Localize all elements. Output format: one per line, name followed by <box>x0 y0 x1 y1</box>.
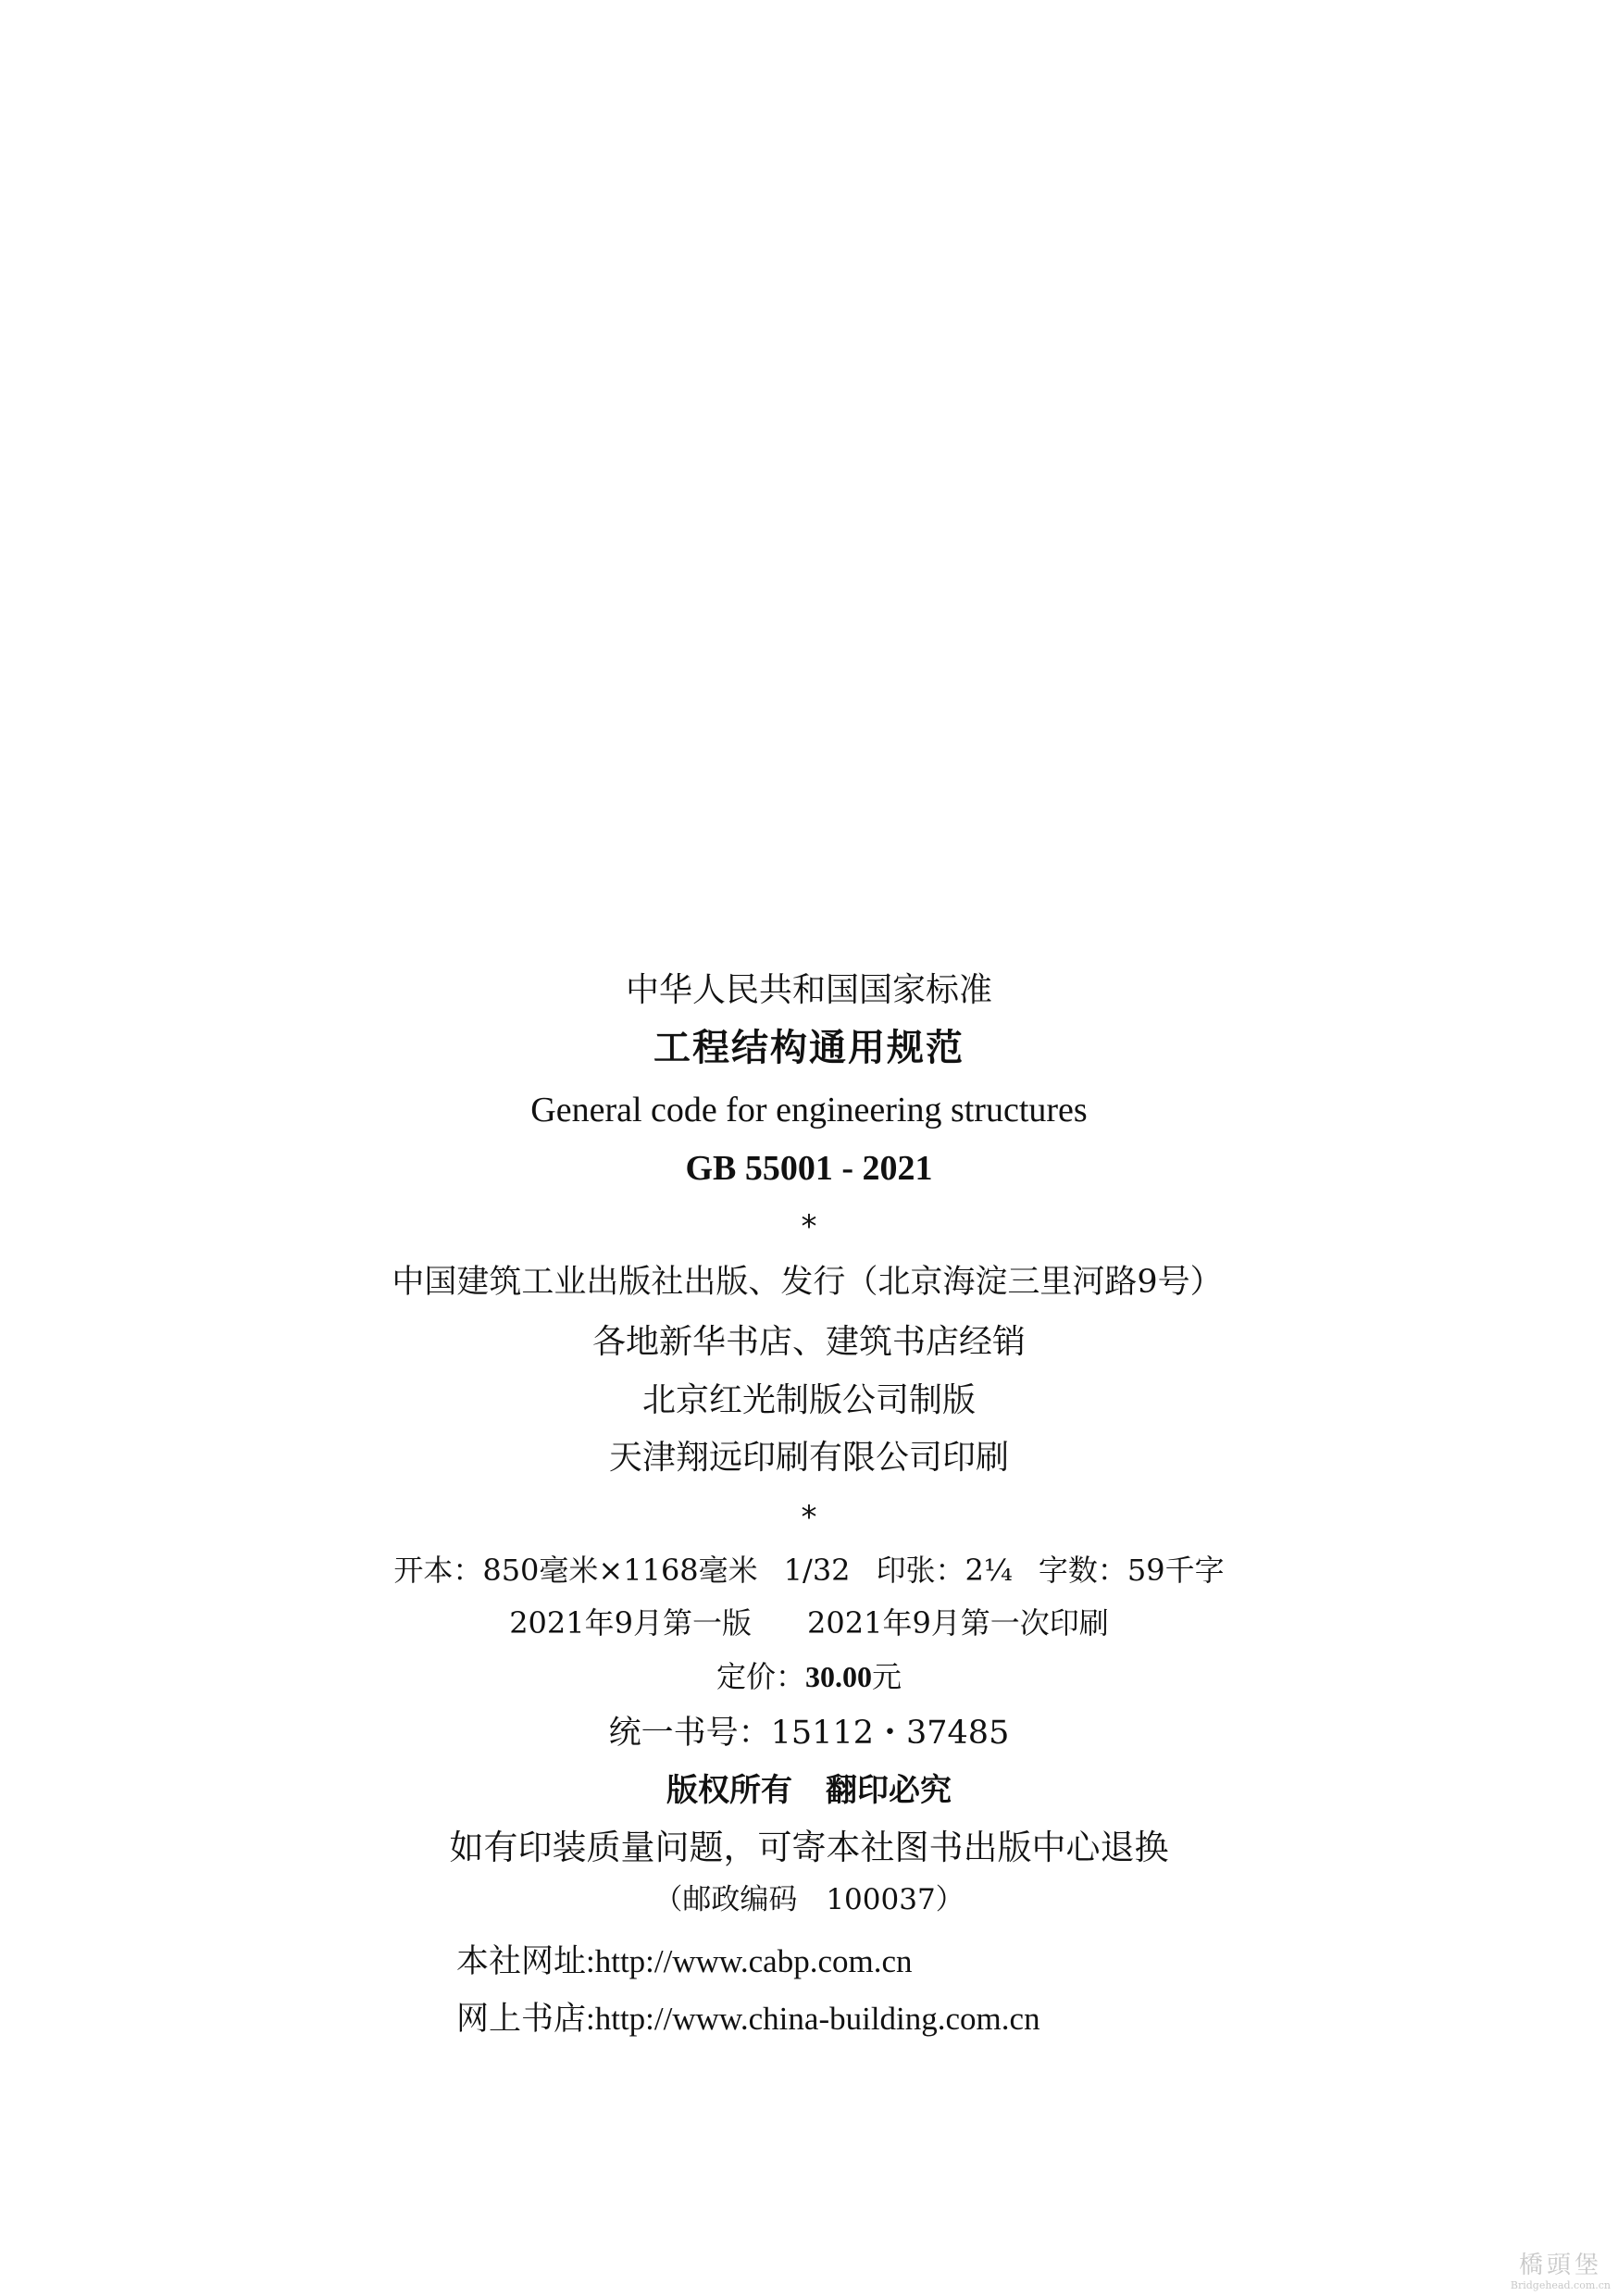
price-label: 定价： <box>716 1659 805 1694</box>
standard-code: GB 55001 - 2021 <box>0 1151 1618 1186</box>
copyright-right: 翻印必究 <box>826 1772 952 1809</box>
sheets-spec: 印张：2¼ <box>877 1553 1013 1588</box>
price-value: 30.00 <box>805 1660 872 1693</box>
copyright-notice: 版权所有翻印必究 <box>0 1775 1618 1806</box>
fold-spec: 1/32 <box>784 1553 851 1588</box>
document-title-cn: 工程结构通用规范 <box>0 1029 1618 1067</box>
book-specs: 开本：850毫米×1168毫米1/32印张：2¼字数：59千字 <box>0 1555 1618 1585</box>
separator-asterisk: * <box>0 1211 1618 1242</box>
watermark-cn: 橋頭堡 <box>1511 2253 1611 2277</box>
price-line: 定价：30.00元 <box>0 1662 1618 1691</box>
format-spec: 开本：850毫米×1168毫米 <box>393 1553 757 1588</box>
copyright-left: 版权所有 <box>666 1772 792 1809</box>
postal-code: （邮政编码 100037） <box>0 1886 1618 1915</box>
unified-book-number: 统一书号：15112・37485 <box>0 1717 1618 1750</box>
price-unit: 元 <box>872 1659 902 1694</box>
publisher-line: 中国建筑工业出版社出版、发行（北京海淀三里河路9号） <box>0 1267 1616 1299</box>
watermark-en: Bridgehead.com.cn <box>1511 2280 1611 2290</box>
online-bookstore-link[interactable]: 网上书店:http://www.china-building.com.cn <box>456 2003 1040 2035</box>
separator-asterisk: * <box>0 1502 1618 1533</box>
plate-maker-line: 北京红光制版公司制版 <box>0 1384 1618 1417</box>
word-count-spec: 字数：59千字 <box>1039 1553 1225 1588</box>
printer-line: 天津翔远印刷有限公司印刷 <box>0 1441 1618 1475</box>
first-printing: 2021年9月第一次印刷 <box>807 1605 1109 1641</box>
first-edition: 2021年9月第一版 <box>509 1605 752 1641</box>
return-notice: 如有印装质量问题，可寄本社图书出版中心退换 <box>0 1830 1618 1865</box>
standard-type: 中华人民共和国国家标准 <box>0 974 1618 1007</box>
document-title-en: General code for engineering structures <box>0 1092 1618 1128</box>
edition-info: 2021年9月第一版2021年9月第一次印刷 <box>0 1608 1618 1638</box>
distributor-line: 各地新华书店、建筑书店经销 <box>0 1326 1618 1359</box>
watermark-logo: 橋頭堡 Bridgehead.com.cn <box>1511 2253 1611 2290</box>
official-website-link[interactable]: 本社网址:http://www.cabp.com.cn <box>456 1945 913 1978</box>
